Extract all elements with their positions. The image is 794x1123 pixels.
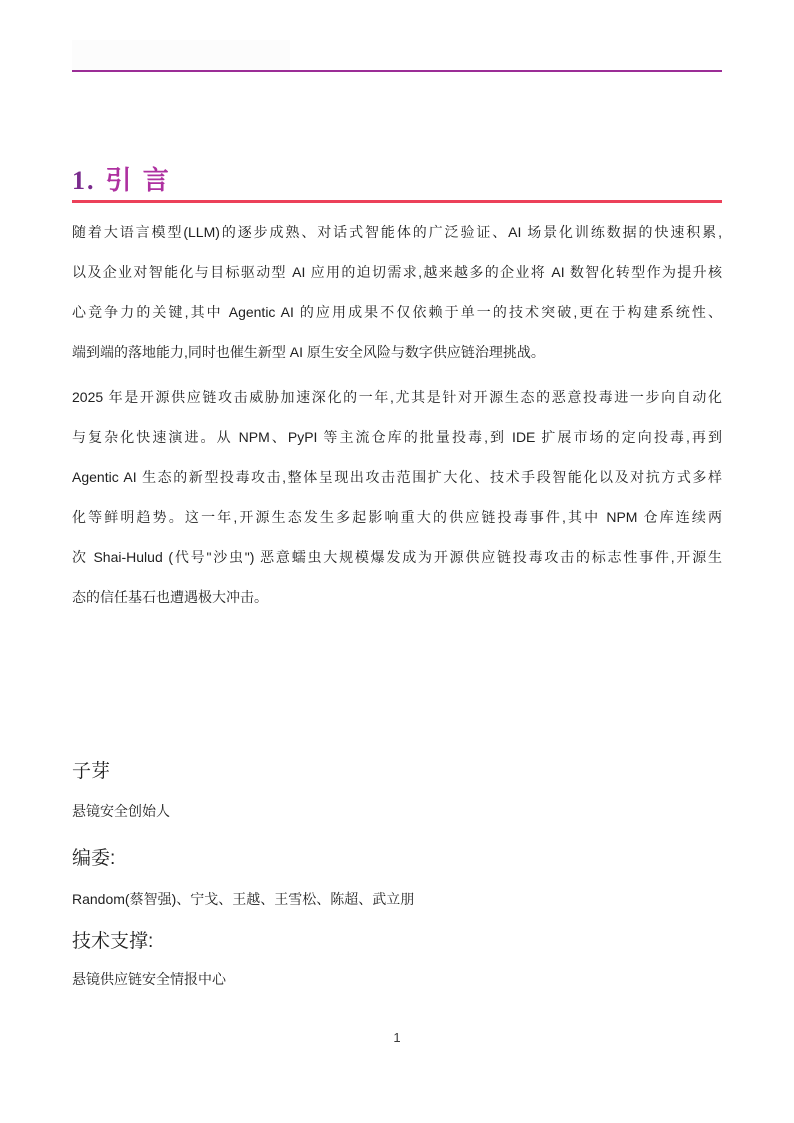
- paragraph-line: 随着大语言模型(LLM)的逐步成熟、对话式智能体的广泛验证、AI 场景化训练数据…: [72, 212, 722, 252]
- tech-support-label: 技术支撑:: [72, 926, 153, 953]
- paragraph-line: 以及企业对智能化与目标驱动型 AI 应用的迫切需求,越来越多的企业将 AI 数智…: [72, 252, 722, 292]
- section-heading: 1.引 言: [72, 160, 722, 197]
- header-logo-placeholder: [72, 40, 290, 70]
- section-heading-number: 1.: [72, 166, 96, 195]
- paragraph-line: 化等鲜明趋势。这一年,开源生态发生多起影响重大的供应链投毒事件,其中 NPM 仓…: [72, 497, 722, 537]
- section-heading-rule: [72, 200, 722, 203]
- author-name: 子芽: [72, 756, 110, 783]
- tech-support-org: 悬镜供应链安全情报中心: [72, 969, 226, 989]
- committee-label: 编委:: [72, 843, 115, 870]
- paragraph-line: 与复杂化快速演进。从 NPM、PyPI 等主流仓库的批量投毒,到 IDE 扩展市…: [72, 417, 722, 457]
- paragraph-line: Agentic AI 生态的新型投毒攻击,整体呈现出攻击范围扩大化、技术手段智能…: [72, 457, 722, 497]
- paragraph-line: 2025 年是开源供应链攻击威胁加速深化的一年,尤其是针对开源生态的恶意投毒进一…: [72, 377, 722, 417]
- page-number: 1: [0, 1030, 794, 1045]
- paragraph-1: 随着大语言模型(LLM)的逐步成熟、对话式智能体的广泛验证、AI 场景化训练数据…: [72, 212, 722, 372]
- section-heading-title: 引 言: [106, 165, 171, 195]
- paragraph-line: 端到端的落地能力,同时也催生新型 AI 原生安全风险与数字供应链治理挑战。: [72, 332, 722, 372]
- document-page: 1.引 言 随着大语言模型(LLM)的逐步成熟、对话式智能体的广泛验证、AI 场…: [0, 0, 794, 1123]
- paragraph-line: 心竞争力的关键,其中 Agentic AI 的应用成果不仅依赖于单一的技术突破,…: [72, 292, 722, 332]
- paragraph-2: 2025 年是开源供应链攻击威胁加速深化的一年,尤其是针对开源生态的恶意投毒进一…: [72, 377, 722, 617]
- paragraph-line: 态的信任基石也遭遇极大冲击。: [72, 577, 722, 617]
- header-rule: [72, 70, 722, 72]
- committee-members: Random(蔡智强)、宁戈、王越、王雪松、陈超、武立朋: [72, 889, 414, 909]
- paragraph-line: 次 Shai-Hulud (代号"沙虫") 恶意蠕虫大规模爆发成为开源供应链投毒…: [72, 537, 722, 577]
- author-title: 悬镜安全创始人: [72, 801, 170, 821]
